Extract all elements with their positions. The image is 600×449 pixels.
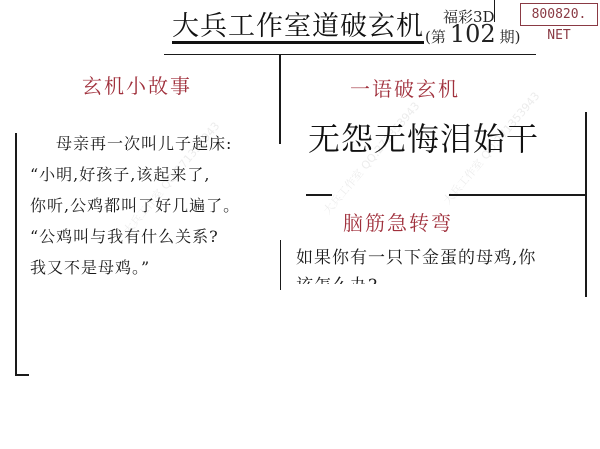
story-line: “公鸡叫与我有什么关系?	[30, 221, 240, 252]
issue-prefix: (第	[425, 28, 446, 46]
riddle-left-tick	[280, 240, 281, 290]
issue-suffix: 期)	[500, 28, 521, 46]
center-divider	[279, 54, 281, 144]
teaser-rule-right	[449, 194, 587, 196]
left-border-foot	[15, 374, 29, 376]
title-underline	[172, 41, 424, 44]
issue-number: (第102期)	[425, 20, 521, 48]
motto-heading: 一语破玄机	[350, 73, 460, 102]
teaser-line: 如果你有一只下金蛋的母鸡,你	[296, 244, 536, 272]
left-border	[15, 133, 17, 376]
right-border	[585, 112, 587, 297]
divider	[494, 0, 495, 22]
issue-value: 102	[450, 20, 496, 48]
teaser-heading: 脑筋急转弯	[343, 207, 453, 236]
teaser-line: 该怎么办?	[296, 272, 536, 284]
story-line: 你听,公鸡都叫了好几遍了。	[30, 190, 240, 221]
story-line: 我又不是母鸡。”	[30, 252, 240, 283]
site-badge[interactable]: 800820. NET	[520, 3, 598, 26]
story-text: 母亲再一次叫儿子起床: “小明,好孩子,该起来了, 你听,公鸡都叫了好几遍了。 …	[30, 128, 240, 283]
top-rule	[164, 54, 536, 55]
teaser-text: 如果你有一只下金蛋的母鸡,你 该怎么办?	[296, 244, 536, 284]
story-line: 母亲再一次叫儿子起床:	[30, 128, 240, 159]
teaser-rule-left	[306, 194, 332, 196]
page-title: 大兵工作室道破玄机	[172, 4, 424, 43]
story-heading: 玄机小故事	[82, 70, 192, 99]
motto-text: 无怨无悔泪始干	[308, 114, 539, 160]
story-line: “小明,好孩子,该起来了,	[30, 159, 240, 190]
